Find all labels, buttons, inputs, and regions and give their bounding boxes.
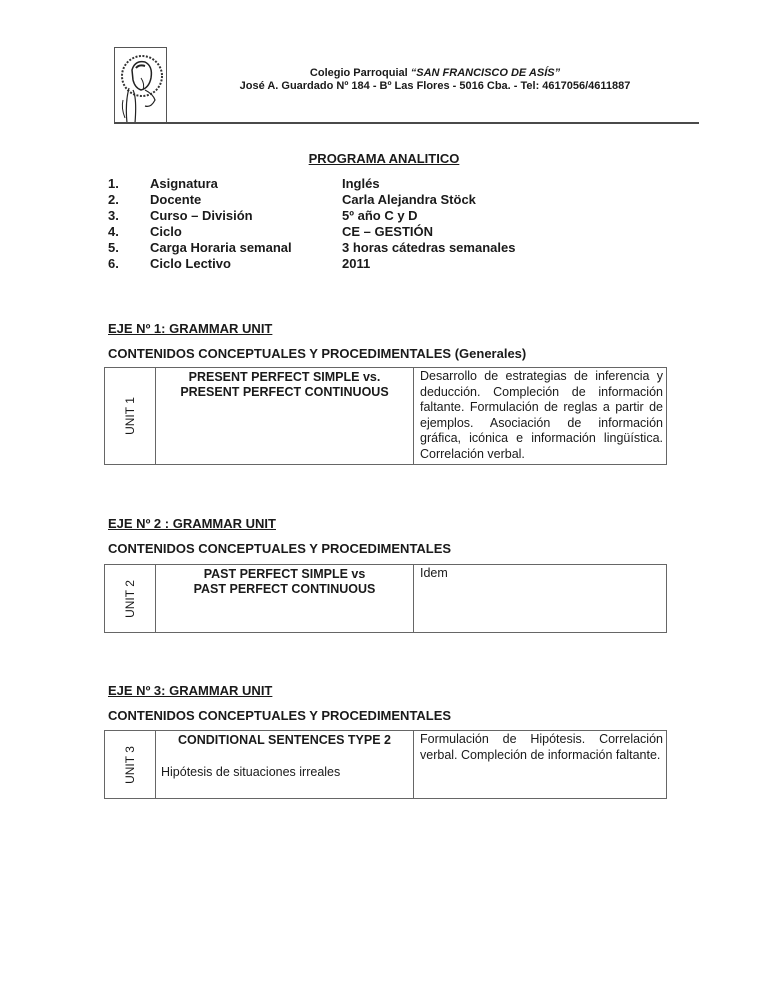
topic-line: PAST PERFECT SIMPLE vs: [156, 567, 413, 582]
info-value: CE – GESTIÓN: [342, 224, 642, 240]
info-value: 2011: [342, 256, 642, 272]
eje-3-contenidos-heading: CONTENIDOS CONCEPTUALES Y PROCEDIMENTALE…: [108, 708, 451, 723]
unit-label-cell: UNIT 3: [105, 731, 156, 798]
info-label: Carga Horaria semanal: [150, 240, 350, 256]
description-cell: Desarrollo de estrategias de inferencia …: [414, 368, 666, 464]
info-label: Curso – División: [150, 208, 350, 224]
eje-3-table: UNIT 3 CONDITIONAL SENTENCES TYPE 2 Hipó…: [104, 730, 667, 799]
topic-line: CONDITIONAL SENTENCES TYPE 2: [156, 733, 413, 748]
school-name: Colegio Parroquial “SAN FRANCISCO DE ASÍ…: [170, 67, 700, 79]
info-value: Carla Alejandra Stöck: [342, 192, 642, 208]
eje-2-table: UNIT 2 PAST PERFECT SIMPLE vs PAST PERFE…: [104, 564, 667, 633]
info-number: 4.: [108, 224, 138, 240]
topic-line: PAST PERFECT CONTINUOUS: [156, 582, 413, 597]
school-name-prefix: Colegio Parroquial: [310, 67, 411, 79]
school-address: José A. Guardado Nº 184 - Bº Las Flores …: [170, 80, 700, 92]
info-number: 6.: [108, 256, 138, 272]
unit-label-cell: UNIT 2: [105, 565, 156, 632]
info-label: Docente: [150, 192, 350, 208]
unit-label-cell: UNIT 1: [105, 368, 156, 464]
info-label: Asignatura: [150, 176, 350, 192]
unit-label: UNIT 2: [123, 580, 137, 618]
eje-2-contenidos-heading: CONTENIDOS CONCEPTUALES Y PROCEDIMENTALE…: [108, 541, 451, 556]
eje-1-contenidos-heading: CONTENIDOS CONCEPTUALES Y PROCEDIMENTALE…: [108, 346, 526, 361]
description-cell: Formulación de Hipótesis. Correlación ve…: [414, 731, 666, 798]
info-label: Ciclo: [150, 224, 350, 240]
description-cell: Idem: [414, 565, 666, 632]
topic-cell: PAST PERFECT SIMPLE vs PAST PERFECT CONT…: [156, 565, 414, 632]
school-name-italic: “SAN FRANCISCO DE ASÍS”: [411, 67, 560, 79]
topic-line: PRESENT PERFECT SIMPLE vs.: [156, 370, 413, 385]
eje-1-table: UNIT 1 PRESENT PERFECT SIMPLE vs. PRESEN…: [104, 367, 667, 465]
info-number: 2.: [108, 192, 138, 208]
eje-2-title: EJE Nº 2 : GRAMMAR UNIT: [108, 516, 276, 531]
info-value: Inglés: [342, 176, 642, 192]
info-number: 3.: [108, 208, 138, 224]
header-divider: [114, 122, 699, 124]
topic-cell: PRESENT PERFECT SIMPLE vs. PRESENT PERFE…: [156, 368, 414, 464]
unit-label: UNIT 3: [123, 746, 137, 784]
info-label: Ciclo Lectivo: [150, 256, 350, 272]
eje-3-title: EJE Nº 3: GRAMMAR UNIT: [108, 683, 272, 698]
topic-line: PRESENT PERFECT CONTINUOUS: [156, 385, 413, 400]
unit-label: UNIT 1: [123, 397, 137, 435]
school-logo: [114, 47, 167, 123]
info-value: 3 horas cátedras semanales: [342, 240, 642, 256]
topic-subtitle: Hipótesis de situaciones irreales: [156, 765, 413, 780]
document-title: PROGRAMA ANALITICO: [0, 151, 768, 166]
saint-francis-logo-icon: [115, 48, 166, 123]
info-number: 5.: [108, 240, 138, 256]
eje-1-title: EJE Nº 1: GRAMMAR UNIT: [108, 321, 272, 336]
topic-cell: CONDITIONAL SENTENCES TYPE 2 Hipótesis d…: [156, 731, 414, 798]
info-number: 1.: [108, 176, 138, 192]
info-value: 5º año C y D: [342, 208, 642, 224]
